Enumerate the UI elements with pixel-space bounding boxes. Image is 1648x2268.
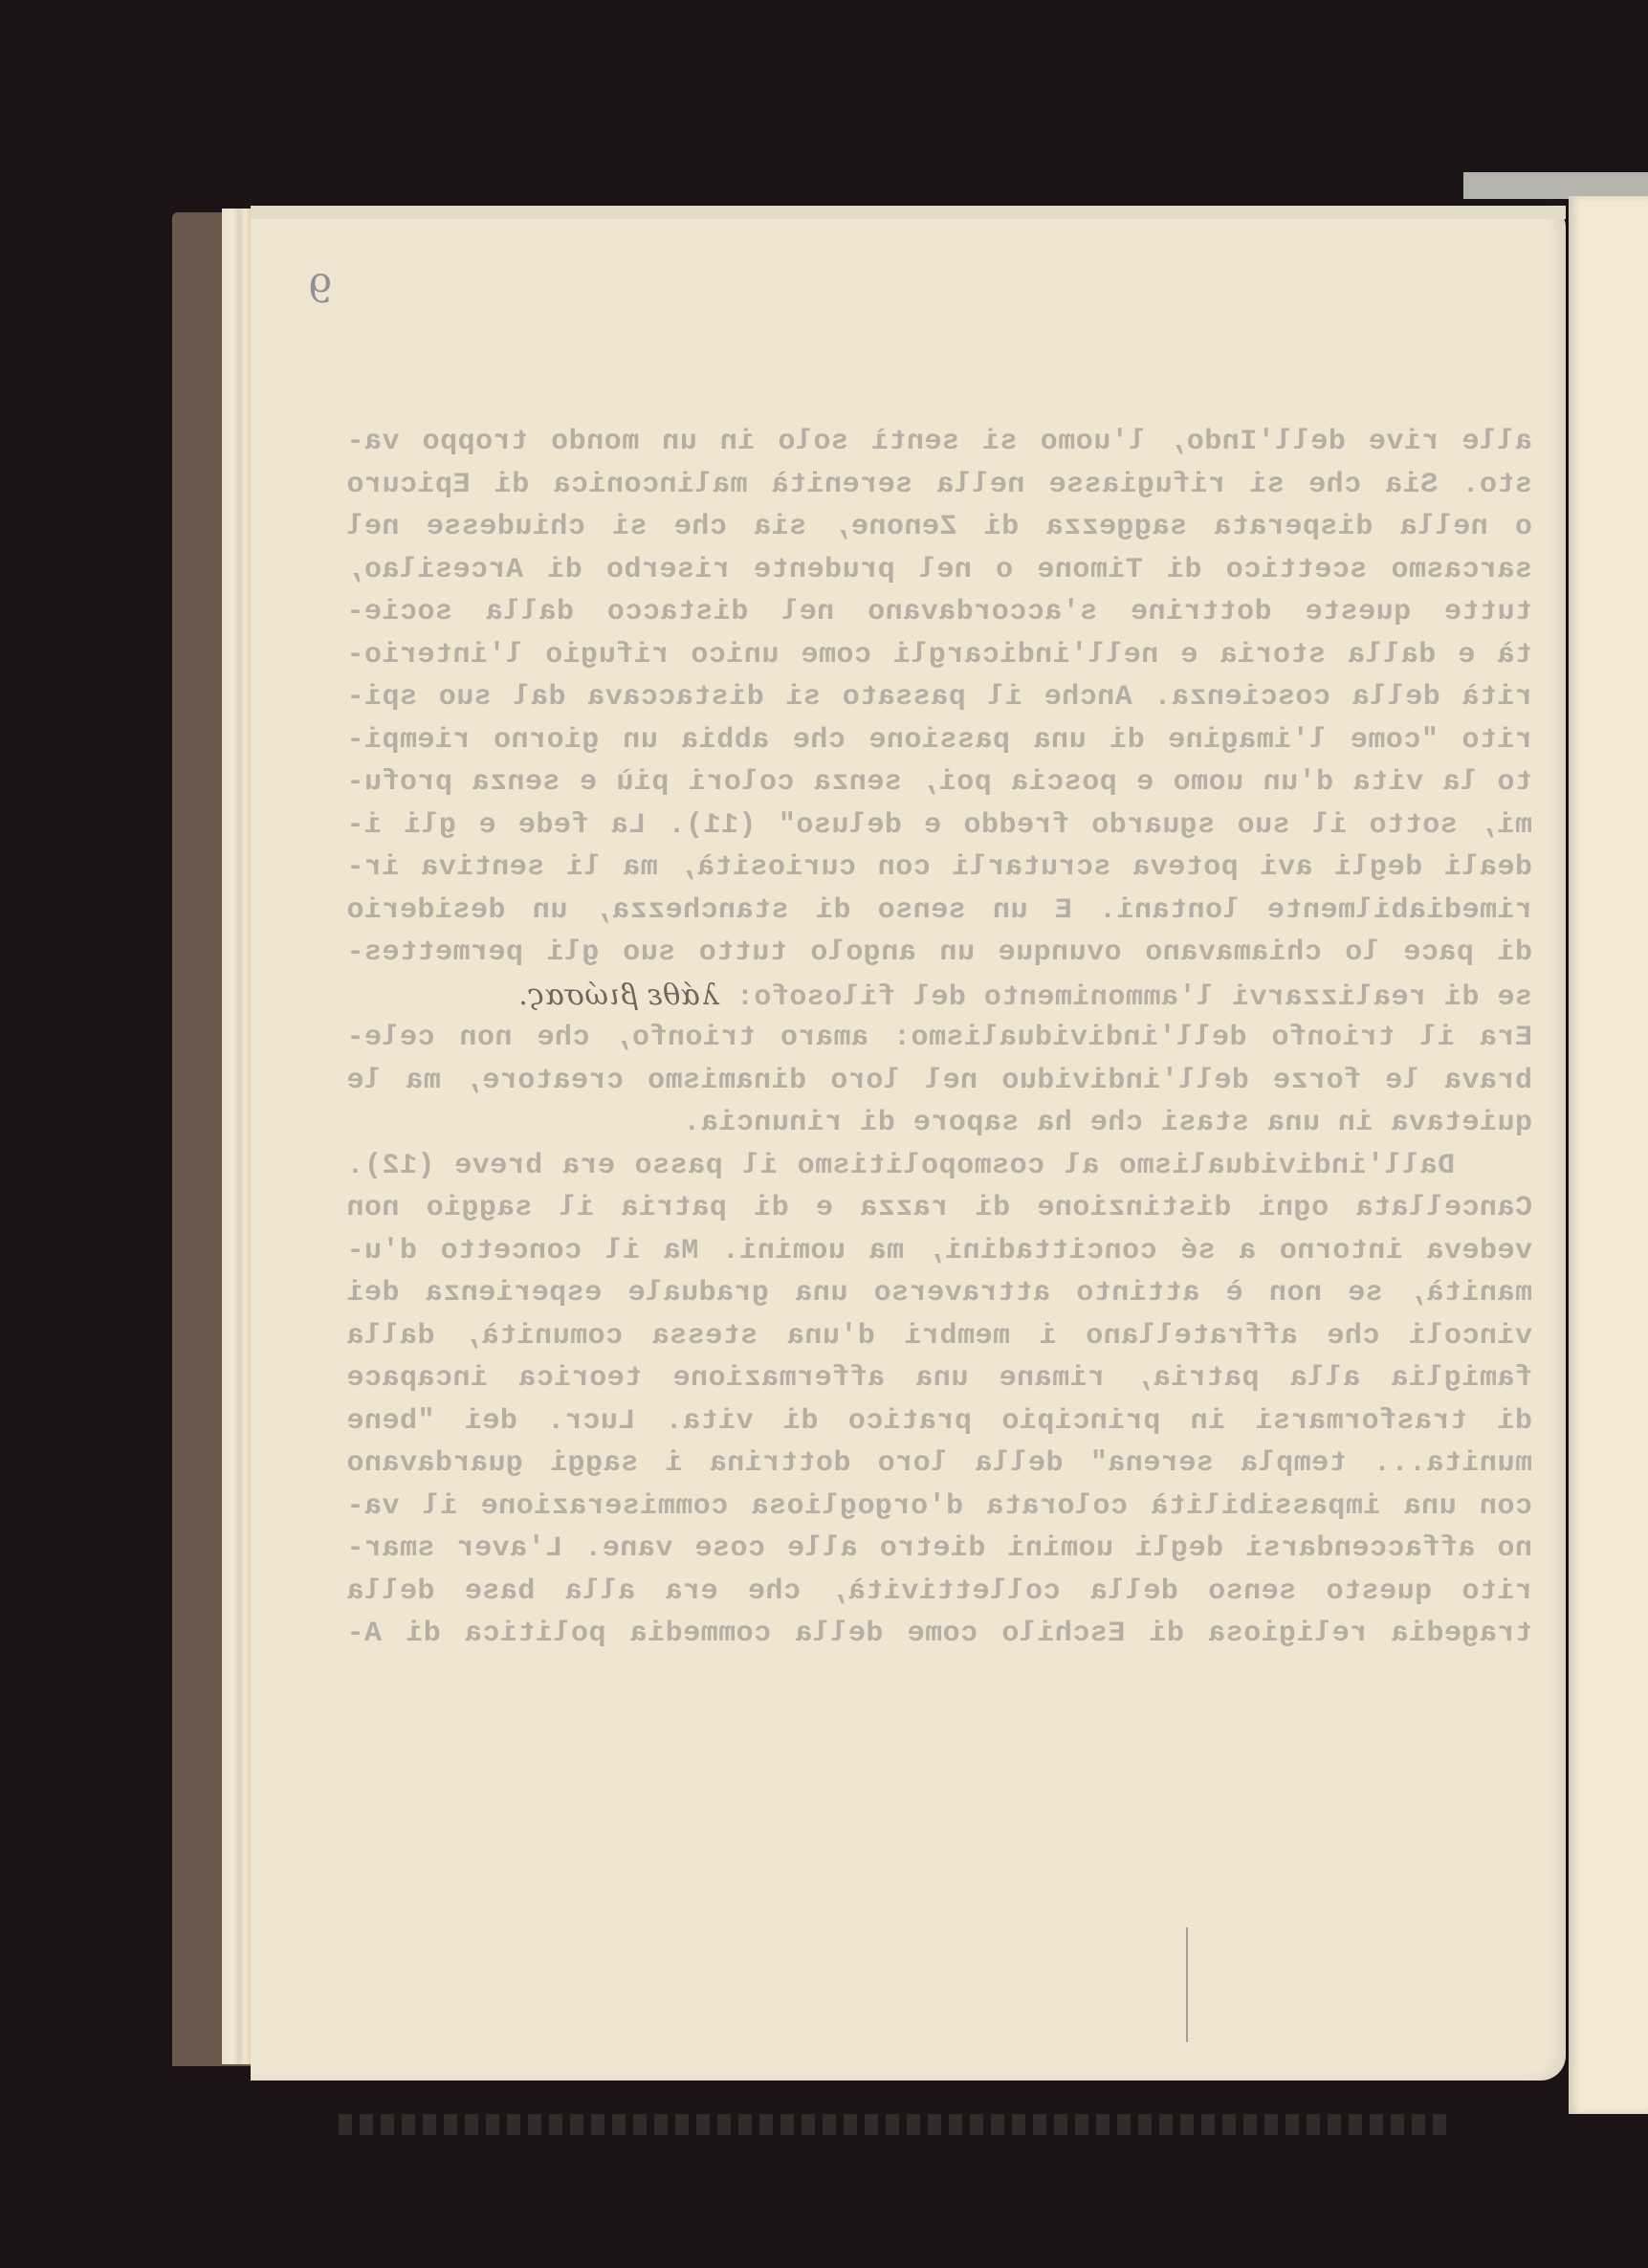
- manuscript-page: 9 alle rive dell'Indo, l'uomo si sentì s…: [251, 206, 1566, 2081]
- text-line: rito questo senso della collettività, ch…: [346, 1571, 1532, 1614]
- text-line: manità, se non è attinto attraverso una …: [346, 1272, 1532, 1315]
- text-line: rimediabilmente lontani. E un senso di s…: [346, 890, 1532, 933]
- text-line-with-annotation: se di realizzarvi l'ammonimento del filo…: [346, 975, 1532, 1018]
- text-line: tutte queste dottrine s'accordavano nel …: [346, 591, 1532, 634]
- text-line: rito "come l'imagine di una passione che…: [346, 719, 1532, 762]
- text-line: se di realizzarvi l'ammonimento del filo…: [736, 981, 1532, 1014]
- handwritten-greek-annotation: λάθε βιώσας.: [518, 979, 719, 1012]
- typewritten-body: alle rive dell'Indo, l'uomo si sentì sol…: [346, 421, 1532, 1656]
- text-line: brava le forze dell'individuo nel loro d…: [346, 1060, 1532, 1103]
- text-line: vedeva intorno a sé concittadini, ma uom…: [346, 1230, 1532, 1273]
- text-line: tragedia religiosa di Eschilo come della…: [346, 1613, 1532, 1656]
- text-line: no affaccendarsi degli uomini dietro all…: [346, 1528, 1532, 1571]
- text-line: rità della coscienza. Anche il passato s…: [346, 676, 1532, 719]
- text-line: tà e dalla storia e nell'indicargli come…: [346, 634, 1532, 677]
- bleed-through-footer-line: [337, 2114, 1446, 2135]
- facing-page-edge: [1569, 196, 1648, 2114]
- text-line: di pace lo chiamavano ovunque un angolo …: [346, 932, 1532, 975]
- text-line: vincoli che affratellano i membri d'una …: [346, 1315, 1532, 1358]
- text-line: famiglia alla patria, rimane una afferma…: [346, 1357, 1532, 1400]
- text-line: munita... templa serena" della loro dott…: [346, 1442, 1532, 1486]
- text-line: Dall'individualismo al cosmopolitismo il…: [346, 1145, 1532, 1188]
- text-line: mi, sotto il suo sguardo freddo e deluso…: [346, 804, 1532, 848]
- text-line: Era il trionfo dell'individualismo: amar…: [346, 1017, 1532, 1060]
- page-number: 9: [308, 268, 332, 312]
- text-line: quietava in una stasi che ha sapore di r…: [346, 1102, 1532, 1145]
- book-cover-top-edge: [1463, 172, 1648, 199]
- text-line: o nella disperata saggezza di Zenone, si…: [346, 506, 1532, 549]
- text-line: to la vita d'un uomo e poscia poi, senza…: [346, 761, 1532, 804]
- text-line: sarcasmo scettico di Timone o nel pruden…: [346, 549, 1532, 592]
- text-line: con una impassibilità colorata d'orgogli…: [346, 1486, 1532, 1529]
- text-line: sto. Sia che si rifugiasse nella serenit…: [346, 464, 1532, 507]
- pencil-mark: [1186, 1927, 1188, 2042]
- page-top-edge: [251, 206, 1566, 219]
- text-line: deali degli avi poteva scrutarli con cur…: [346, 847, 1532, 890]
- text-line: di trasformarsi in principio pratico di …: [346, 1400, 1532, 1443]
- text-line: alle rive dell'Indo, l'uomo si sentì sol…: [346, 421, 1532, 464]
- mirrored-text-region: alle rive dell'Indo, l'uomo si sentì sol…: [346, 421, 1532, 1656]
- text-line: Cancellata ogni distinzione di razza e d…: [346, 1187, 1532, 1230]
